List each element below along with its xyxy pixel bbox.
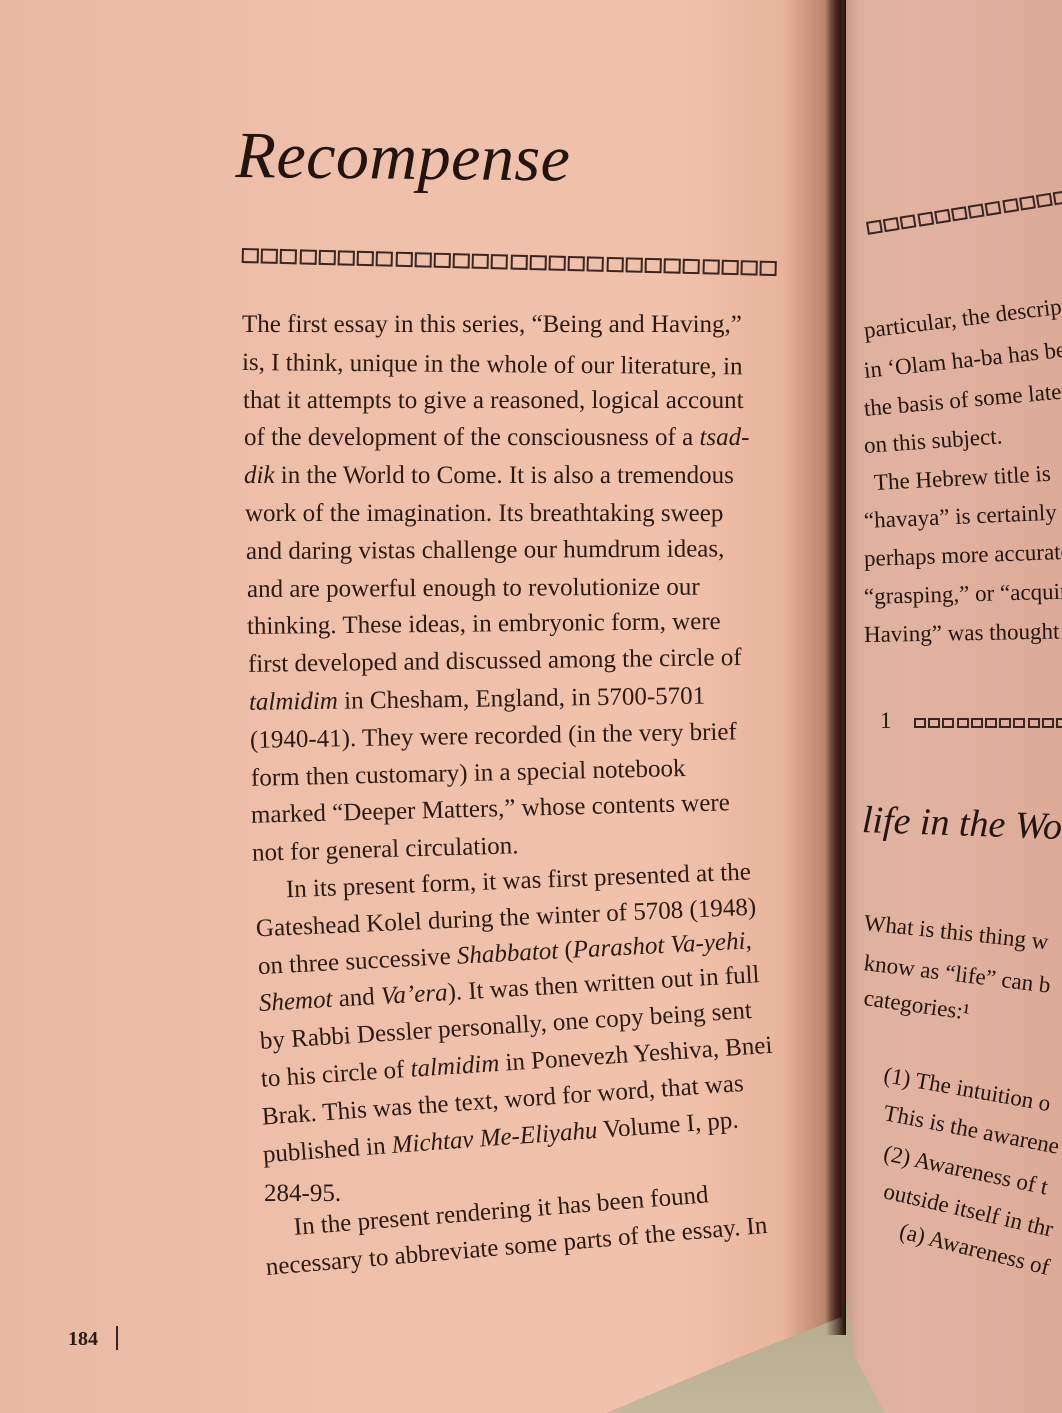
chapter-title: Recompense: [235, 118, 571, 198]
text-fragment: to his circle of: [260, 1056, 411, 1093]
ornament-box: [510, 255, 527, 270]
ornament-box: [702, 259, 719, 274]
ornament-box: [1028, 718, 1040, 728]
italic-term: tsad-: [699, 424, 749, 451]
section-ornament-rule: [914, 718, 1062, 728]
ornament-box: [1036, 193, 1053, 208]
ornament-box: [683, 259, 700, 274]
text-fragment: in Chesham, England, in 5700-5701: [338, 683, 706, 715]
ornament-box: [318, 250, 335, 265]
ornament-box: [644, 258, 661, 273]
italic-term: dik: [244, 462, 275, 489]
text-fragment: in the World to Come. It is also a treme…: [275, 462, 734, 489]
ornament-box: [606, 257, 623, 272]
right-page-line: Having” was thought m: [864, 618, 1062, 648]
italic-term: talmidim: [249, 688, 338, 716]
ornament-box: [914, 718, 926, 728]
text-fragment: published in: [262, 1132, 393, 1168]
ornament-box: [721, 260, 738, 275]
text-fragment: on three successive: [257, 942, 457, 979]
ornament-box: [1013, 718, 1025, 728]
page-number-divider: [116, 1326, 118, 1350]
italic-term: Va’era: [380, 980, 448, 1011]
ornament-box: [242, 248, 259, 263]
section-heading: life in the Worl: [861, 798, 1062, 850]
ornament-box: [1053, 190, 1062, 205]
ornament-box: [529, 255, 546, 270]
body-text: The first essay in this series, “Being a…: [242, 306, 802, 1289]
text-line: and daring vistas challenge our humdrum …: [242, 530, 802, 571]
ornament-box: [999, 718, 1011, 728]
text-line: that it attempts to give a reasoned, log…: [242, 382, 802, 420]
italic-term: talmidim: [410, 1050, 501, 1083]
ornament-box: [491, 254, 508, 269]
ornament-box: [568, 256, 585, 271]
ornament-box: [866, 220, 883, 235]
ornament-box: [376, 251, 393, 266]
text-line: dik in the World to Come. It is also a t…: [242, 457, 802, 495]
ornament-box: [985, 201, 1002, 216]
ornament-box: [299, 249, 316, 264]
ornament-box: [968, 204, 985, 219]
ornament-box: [395, 252, 412, 267]
ornament-box: [453, 253, 470, 268]
ornament-box: [261, 248, 278, 263]
ornament-box: [472, 254, 489, 269]
ornament-box: [957, 718, 969, 728]
ornament-box: [625, 257, 642, 272]
ornament-box: [280, 249, 297, 264]
ornament-box: [1056, 718, 1062, 728]
book-gutter: [826, 0, 846, 1335]
ornament-box: [934, 209, 951, 224]
text-fragment: of the development of the consciousness …: [244, 424, 699, 451]
ornament-box: [357, 251, 374, 266]
ornament-box: [1002, 198, 1019, 213]
ornament-box: [971, 718, 983, 728]
ornament-box: [740, 260, 757, 275]
text-line: is, I think, unique in the whole of our …: [242, 344, 802, 387]
section-number: 1: [880, 708, 892, 734]
ornament-box: [1019, 195, 1036, 210]
ornament-box: [942, 718, 954, 728]
ornament-box: [414, 252, 431, 267]
text-line: The first essay in this series, “Being a…: [242, 306, 802, 344]
ornament-box: [433, 253, 450, 268]
ornament-box: [1042, 718, 1054, 728]
ornament-box: [587, 256, 604, 271]
ornament-box: [928, 718, 940, 728]
ornament-box: [338, 250, 355, 265]
ornament-box: [951, 206, 968, 221]
text-fragment: Volume I, pp.: [596, 1106, 739, 1143]
ornament-box: [900, 214, 917, 229]
ornament-box: [883, 217, 900, 232]
ornament-box: [917, 212, 934, 227]
text-fragment: and: [332, 983, 382, 1013]
ornament-box: [985, 718, 997, 728]
ornament-box: [664, 258, 681, 273]
page-number: 184: [68, 1328, 98, 1351]
ornament-box: [760, 261, 777, 276]
italic-term: Shabbatot: [456, 937, 559, 969]
ornament-box: [549, 256, 566, 271]
right-page-line: “grasping,” or “acquirin: [864, 578, 1062, 610]
text-line: of the development of the consciousness …: [242, 419, 802, 457]
italic-term: Shemot: [258, 986, 333, 1017]
text-line: work of the imagination. Its breathtakin…: [242, 495, 802, 533]
